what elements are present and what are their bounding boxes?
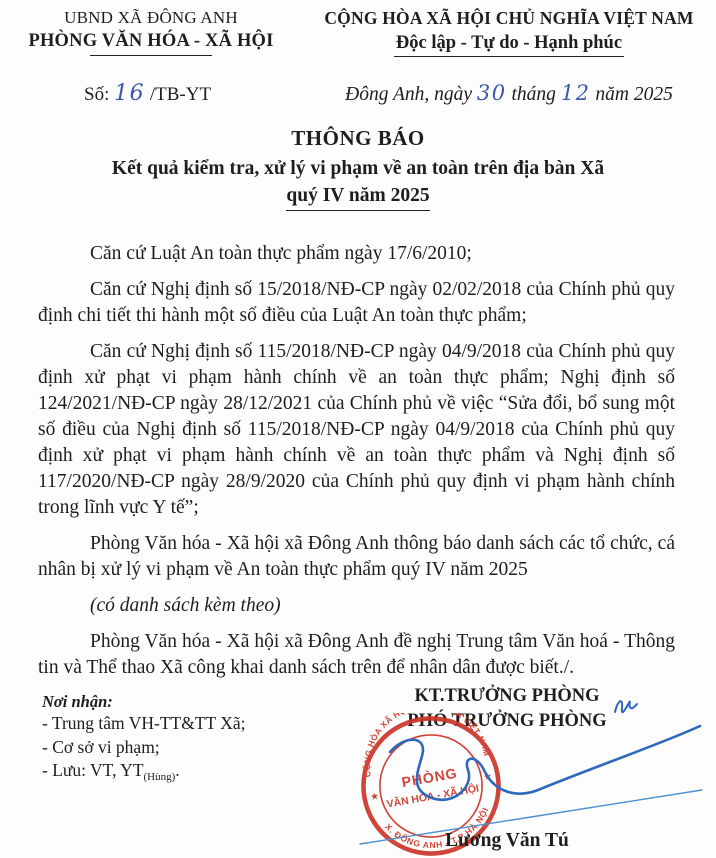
attachment-note: (có danh sách kèm theo): [38, 593, 675, 619]
document-number: Số: 16 /TB-YT: [0, 81, 302, 106]
dateline-day-handwritten: 30: [477, 81, 507, 105]
national-title: CỘNG HÒA XÃ HỘI CHỦ NGHĨA VIỆT NAM: [302, 8, 716, 29]
archive-suffix: .: [175, 760, 179, 780]
title-block: THÔNG BÁO Kết quả kiểm tra, xử lý vi phạ…: [0, 126, 716, 211]
body-paragraph: Căn cứ Luật An toàn thực phẩm ngày 17/6/…: [38, 241, 675, 267]
recipients-block: Nơi nhận: - Trung tâm VH-TT&TT Xã; - Cơ …: [42, 692, 246, 790]
archive-subscript: (Hùng): [144, 771, 176, 783]
meta-row: Số: 16 /TB-YT Đông Anh, ngày 30 tháng 12…: [0, 81, 716, 106]
issuing-org-block: UBND XÃ ĐÔNG ANH PHÒNG VĂN HÓA - XÃ HỘI: [0, 8, 302, 57]
body-paragraph: Phòng Văn hóa - Xã hội xã Đông Anh thông…: [38, 531, 675, 583]
document-subject-line1: Kết quả kiểm tra, xử lý vi phạm về an to…: [0, 158, 716, 180]
national-motto-block: CỘNG HÒA XÃ HỘI CHỦ NGHĨA VIỆT NAM Độc l…: [302, 8, 716, 57]
org-parent-name: UBND XÃ ĐÔNG ANH: [0, 8, 302, 28]
body-paragraph: Căn cứ Nghị định số 15/2018/NĐ-CP ngày 0…: [38, 277, 675, 329]
national-motto-wrap: Độc lập - Tự do - Hạnh phúc: [302, 33, 716, 57]
body-paragraph: Phòng Văn hóa - Xã hội xã Đông Anh đề ng…: [38, 629, 675, 681]
document-type-title: THÔNG BÁO: [0, 126, 716, 151]
recipients-label: Nơi nhận:: [42, 692, 246, 712]
dateline-nam: năm 2025: [595, 84, 672, 105]
document-page: UBND XÃ ĐÔNG ANH PHÒNG VĂN HÓA - XÃ HỘI …: [0, 0, 716, 858]
doc-number-code: /TB-YT: [150, 84, 211, 105]
org-department-name: PHÒNG VĂN HÓA - XÃ HỘI: [0, 31, 302, 52]
recipient-item: - Cơ sở vi phạm;: [42, 736, 246, 760]
document-subject-line2: quý IV năm 2025: [286, 185, 429, 211]
signature-main-stroke: [390, 726, 700, 800]
place-date-line: Đông Anh, ngày 30 tháng 12 năm 2025: [302, 81, 716, 106]
dateline-prefix: Đông Anh, ngày: [345, 84, 472, 105]
document-body: Căn cứ Luật An toàn thực phẩm ngày 17/6/…: [38, 241, 675, 681]
dateline-thang: tháng: [512, 84, 556, 105]
signer-name: Lương Văn Tú: [382, 830, 632, 852]
document-subject-line2-wrap: quý IV năm 2025: [0, 185, 716, 211]
recipient-item-archive: - Lưu: VT, YT(Hùng).: [42, 759, 246, 790]
doc-number-label: Số:: [84, 84, 109, 105]
signature-initials-mark: [615, 701, 637, 712]
dateline-month-handwritten: 12: [561, 81, 591, 105]
doc-number-handwritten: 16: [114, 81, 145, 106]
archive-prefix: - Lưu: VT, YT: [42, 760, 144, 780]
org-underline: [90, 55, 212, 56]
body-paragraph: Căn cứ Nghị định số 115/2018/NĐ-CP ngày …: [38, 339, 675, 521]
national-motto: Độc lập - Tự do - Hạnh phúc: [394, 33, 624, 57]
recipient-item: - Trung tâm VH-TT&TT Xã;: [42, 712, 246, 736]
document-header: UBND XÃ ĐÔNG ANH PHÒNG VĂN HÓA - XÃ HỘI …: [0, 0, 716, 57]
